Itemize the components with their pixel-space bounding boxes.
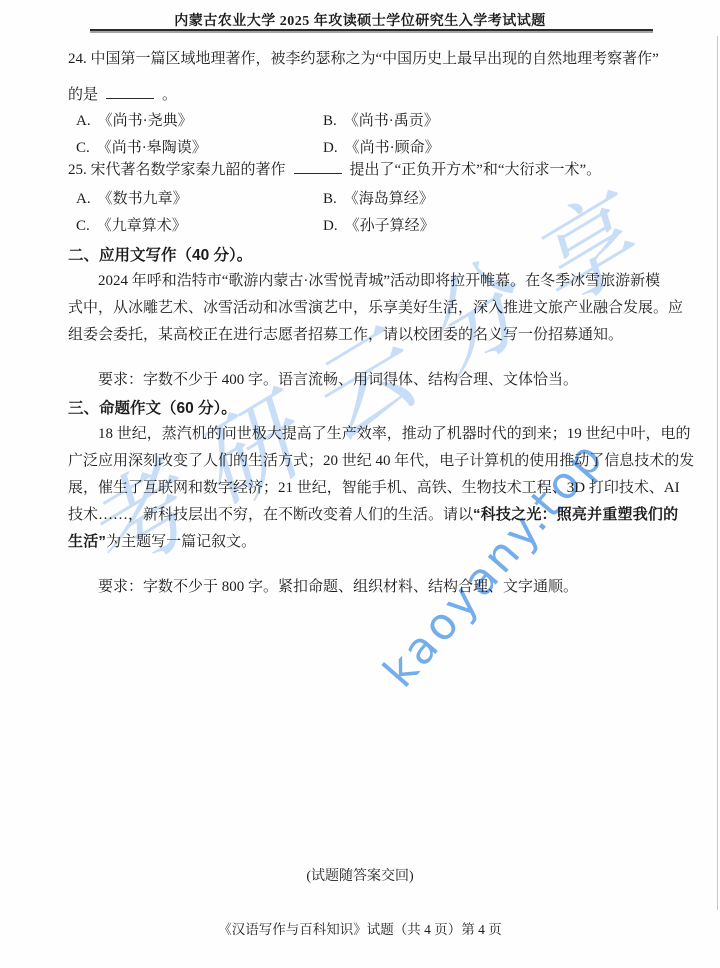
question-25-stem-suffix: 提出了“正负开方术”和“大衍求一术”。 (350, 162, 602, 178)
answer-blank (106, 86, 154, 99)
section-3-line4-normal: 技术……，新科技层出不穷，在不断改变着人们的生活。请以 (68, 507, 473, 523)
exam-paper-page: 考研云分享 kaoyany.top 内蒙古农业大学 2025 年攻读硕士学位研究… (0, 0, 720, 968)
option-label: C. (76, 218, 90, 234)
question-25-options-row-2: C.《九章算术》 D.《孙子算经》 (0, 214, 720, 234)
option-25-a: A.《数书九章》 (76, 187, 188, 208)
option-label: B. (323, 191, 337, 207)
question-24-stem: 24. 中国第一篇区域地理著作，被李约瑟称之为“中国历史上最早出现的自然地理考察… (68, 49, 654, 69)
question-24-blank-line: 的是。 (68, 85, 654, 105)
option-text: 《尚书·尧典》 (98, 113, 193, 129)
page-edge-line (717, 36, 718, 910)
option-label: C. (76, 140, 90, 156)
option-text: 《孙子算经》 (345, 218, 435, 234)
option-label: B. (323, 113, 337, 129)
option-24-c: C.《尚书·皋陶谟》 (76, 136, 207, 157)
section-3-requirement: 要求：字数不少于 800 字。紧扣命题、组织材料、结构合理、文字通顺。 (68, 577, 654, 597)
option-text: 《尚书·顾命》 (345, 140, 440, 156)
page-title: 内蒙古农业大学 2025 年攻读硕士学位研究生入学考试试题 (0, 10, 720, 30)
section-2-paragraph-line: 式中，从冰雕艺术、冰雪活动和冰雪演艺中，乐享美好生活，深入推进文旅产业融合发展。… (68, 298, 654, 318)
section-3-paragraph-line: 展，催生了互联网和数字经济；21 世纪，智能手机、高铁、生物技术工程、3D 打印… (68, 478, 654, 498)
option-25-d: D.《孙子算经》 (323, 214, 435, 235)
essay-theme-bold: “科技之光：照亮并重塑我们的 (473, 506, 678, 523)
option-text: 《九章算术》 (97, 218, 187, 234)
section-3-paragraph-line: 18 世纪，蒸汽机的问世极大提高了生产效率，推动了机器时代的到来；19 世纪中叶… (68, 424, 654, 444)
question-24-options-row-2: C.《尚书·皋陶谟》 D.《尚书·顾命》 (0, 136, 720, 156)
section-3-heading: 三、命题作文（60 分）。 (68, 396, 237, 418)
question-25-options-row-1: A.《数书九章》 B.《海岛算经》 (0, 187, 720, 207)
option-text: 《数书九章》 (98, 191, 188, 207)
question-24-stem-suffix: 。 (162, 87, 177, 103)
question-25-stem: 25. 宋代著名数学家秦九韶的著作提出了“正负开方术”和“大衍求一术”。 (68, 160, 654, 180)
section-2-requirement: 要求：字数不少于 400 字。语言流畅、用词得体、结构合理、文体恰当。 (68, 370, 654, 390)
page-footer: 《汉语写作与百科知识》试题（共 4 页）第 4 页 (0, 918, 720, 938)
option-24-b: B.《尚书·禹贡》 (323, 109, 439, 130)
option-label: D. (323, 218, 338, 234)
answer-blank (294, 161, 342, 174)
option-25-b: B.《海岛算经》 (323, 187, 434, 208)
option-text: 《海岛算经》 (344, 191, 434, 207)
essay-theme-bold: 生活” (68, 533, 106, 550)
return-note: (试题随答案交回) (0, 865, 720, 885)
option-label: A. (76, 191, 91, 207)
question-24-options-row-1: A.《尚书·尧典》 B.《尚书·禹贡》 (0, 109, 720, 129)
option-25-c: C.《九章算术》 (76, 214, 187, 235)
header-divider (90, 29, 653, 31)
option-label: A. (76, 113, 91, 129)
section-3-paragraph-line: 技术……，新科技层出不穷，在不断改变着人们的生活。请以“科技之光：照亮并重塑我们… (68, 505, 654, 525)
section-3-line5-normal: 为主题写一篇记叙文。 (106, 534, 256, 550)
question-25-stem-prefix: 25. 宋代著名数学家秦九韶的著作 (68, 162, 286, 178)
option-24-a: A.《尚书·尧典》 (76, 109, 193, 130)
option-text: 《尚书·禹贡》 (344, 113, 439, 129)
section-2-heading: 二、应用文写作（40 分）。 (68, 243, 252, 265)
section-3-paragraph-line: 广泛应用深刻改变了人们的生活方式；20 世纪 40 年代，电子计算机的使用推动了… (68, 451, 654, 471)
question-24-stem-prefix: 的是 (68, 87, 98, 103)
option-24-d: D.《尚书·顾命》 (323, 136, 440, 157)
section-2-paragraph-line: 2024 年呼和浩特市“歌游内蒙古·冰雪悦青城”活动即将拉开帷幕。在冬季冰雪旅游… (68, 271, 654, 291)
section-2-paragraph-line: 组委会委托，某高校正在进行志愿者招募工作，请以校团委的名义写一份招募通知。 (68, 325, 654, 345)
option-label: D. (323, 140, 338, 156)
section-3-paragraph-line: 生活”为主题写一篇记叙文。 (68, 532, 654, 552)
option-text: 《尚书·皋陶谟》 (97, 140, 207, 156)
